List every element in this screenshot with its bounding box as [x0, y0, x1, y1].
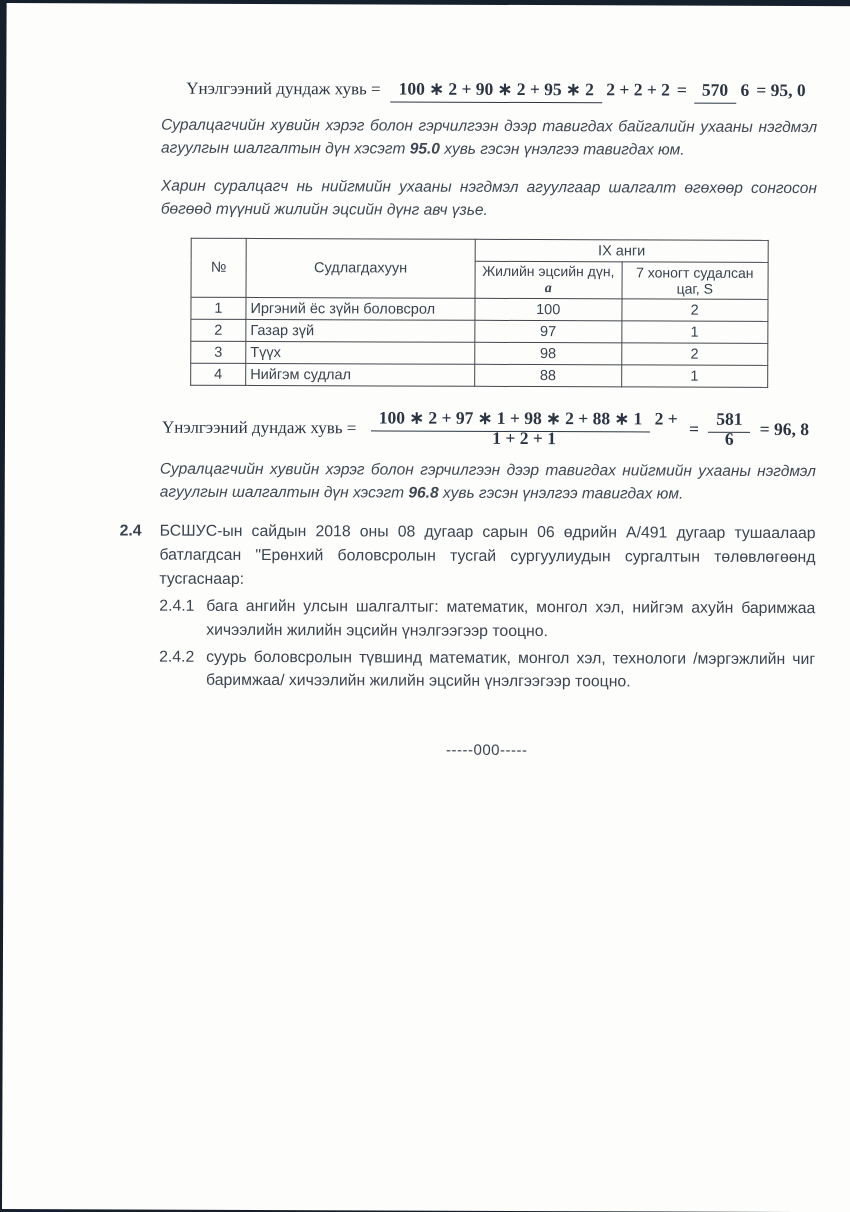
cell-score: 97 — [475, 321, 622, 344]
equals-sign: = — [670, 80, 694, 101]
cell-subject: Иргэний ёс зүйн боловсрол — [246, 298, 475, 321]
formula-result: = 96, 8 — [753, 419, 816, 440]
cell-number: 4 — [191, 363, 246, 385]
paragraph-text: хувь гэсэн үнэлгээ тавигдах юм. — [440, 141, 685, 159]
cell-score: 88 — [475, 365, 622, 388]
fraction-denominator: 6 — [741, 77, 750, 100]
formula-fraction: 100 ∗ 2 + 97 ∗ 1 + 98 ∗ 2 + 88 ∗ 1 2 + 1… — [366, 409, 682, 449]
table-row: 3 Түүх 98 2 — [191, 341, 768, 365]
average-grade-formula-social-science: Үнэлгээний дундаж хувь = 100 ∗ 2 + 97 ∗ … — [162, 408, 816, 449]
section-number: 2.4 — [119, 520, 159, 591]
section-2-4-2: 2.4.2 суурь боловсролын түвшинд математи… — [159, 646, 815, 695]
table-header-row: № Судлагдахуун IX анги — [191, 238, 768, 262]
scanned-page: Үнэлгээний дундаж хувь = 100 ∗ 2 + 90 ∗ … — [2, 3, 850, 1200]
cell-score: 98 — [475, 343, 622, 366]
formula-fraction-result: 581 6 — [706, 410, 753, 449]
paragraph-text: Харин суралцагч нь нийгмийн ухааны нэгдм… — [161, 178, 817, 219]
highlighted-value: 96.8 — [408, 484, 438, 501]
column-header-subject: Судлагдахуун — [246, 239, 475, 299]
cell-subject: Түүх — [246, 342, 475, 365]
cell-number: 2 — [191, 319, 246, 341]
fraction-numerator: 570 — [694, 80, 736, 104]
formula-result: = 95, 0 — [749, 80, 812, 101]
paragraph-text: хувь гэсэн үнэлгээ тавигдах юм. — [439, 484, 684, 502]
cell-subject: Нийгэм судлал — [246, 364, 475, 387]
cell-hours: 2 — [621, 343, 768, 366]
paragraph-social-science-result: Суралцагчийн хувийн хэрэг болон гэрчилгэ… — [160, 458, 816, 506]
subject-scores-table: № Судлагдахуун IX анги Жилийн эцсийн дүн… — [190, 238, 769, 388]
fraction-numerator: 100 ∗ 2 + 90 ∗ 2 + 95 ∗ 2 — [391, 78, 602, 103]
cell-subject: Газар зүй — [246, 320, 475, 343]
average-grade-formula-natural-science: Үнэлгээний дундаж хувь = 100 ∗ 2 + 90 ∗ … — [186, 78, 817, 101]
cell-hours: 1 — [621, 321, 768, 344]
cell-score: 100 — [475, 299, 622, 322]
formula-fraction: 100 ∗ 2 + 90 ∗ 2 + 95 ∗ 2 2 + 2 + 2 — [391, 79, 670, 99]
formula-label: Үнэлгээний дундаж хувь = — [186, 78, 390, 99]
section-2-4-1: 2.4.1 бага ангийн улсын шалгалтыг: матем… — [159, 595, 815, 644]
section-text: БСШУС-ын сайдын 2018 оны 08 дугаар сарын… — [159, 520, 815, 594]
highlighted-value: 95.0 — [410, 140, 440, 157]
column-header-text: Жилийн эцсийн дүн, — [482, 263, 614, 280]
formula-label: Үнэлгээний дундаж хувь = — [162, 417, 366, 438]
variable-a: a — [545, 281, 552, 296]
table-row: 1 Иргэний ёс зүйн боловсрол 100 2 — [191, 297, 768, 321]
column-header-final-score: Жилийн эцсийн дүн, a — [475, 262, 622, 300]
formula-fraction-result: 570 6 — [694, 81, 749, 100]
cell-number: 3 — [191, 341, 246, 363]
end-of-document-divider: -----000----- — [159, 740, 815, 760]
column-header-weekly-hours: 7 хоногт судалсан цаг, S — [621, 262, 768, 300]
section-2-4: 2.4 БСШУС-ын сайдын 2018 оны 08 дугаар с… — [119, 520, 815, 594]
table-row: 4 Нийгэм судлал 88 1 — [191, 363, 768, 387]
section-number: 2.4.2 — [159, 646, 206, 693]
paragraph-social-science-intro: Харин суралцагч нь нийгмийн ухааны нэгдм… — [161, 176, 817, 224]
cell-number: 1 — [191, 297, 246, 319]
page-content: Үнэлгээний дундаж хувь = 100 ∗ 2 + 90 ∗ … — [4, 3, 850, 760]
section-text: бага ангийн улсын шалгалтыг: математик, … — [206, 595, 815, 644]
fraction-denominator: 6 — [725, 425, 734, 448]
section-text: суурь боловсролын түвшинд математик, мон… — [206, 646, 815, 695]
section-number: 2.4.1 — [159, 595, 206, 642]
column-header-number: № — [191, 238, 246, 297]
paragraph-natural-science-result: Суралцагчийн хувийн хэрэг болон гэрчилгэ… — [161, 115, 817, 163]
column-group-header-grade9: IX анги — [475, 240, 768, 263]
cell-hours: 2 — [621, 299, 768, 322]
cell-hours: 1 — [621, 365, 768, 388]
equals-sign: = — [682, 419, 706, 440]
fraction-denominator: 2 + 2 + 2 — [606, 76, 670, 99]
table-row: 2 Газар зүй 97 1 — [191, 319, 768, 343]
